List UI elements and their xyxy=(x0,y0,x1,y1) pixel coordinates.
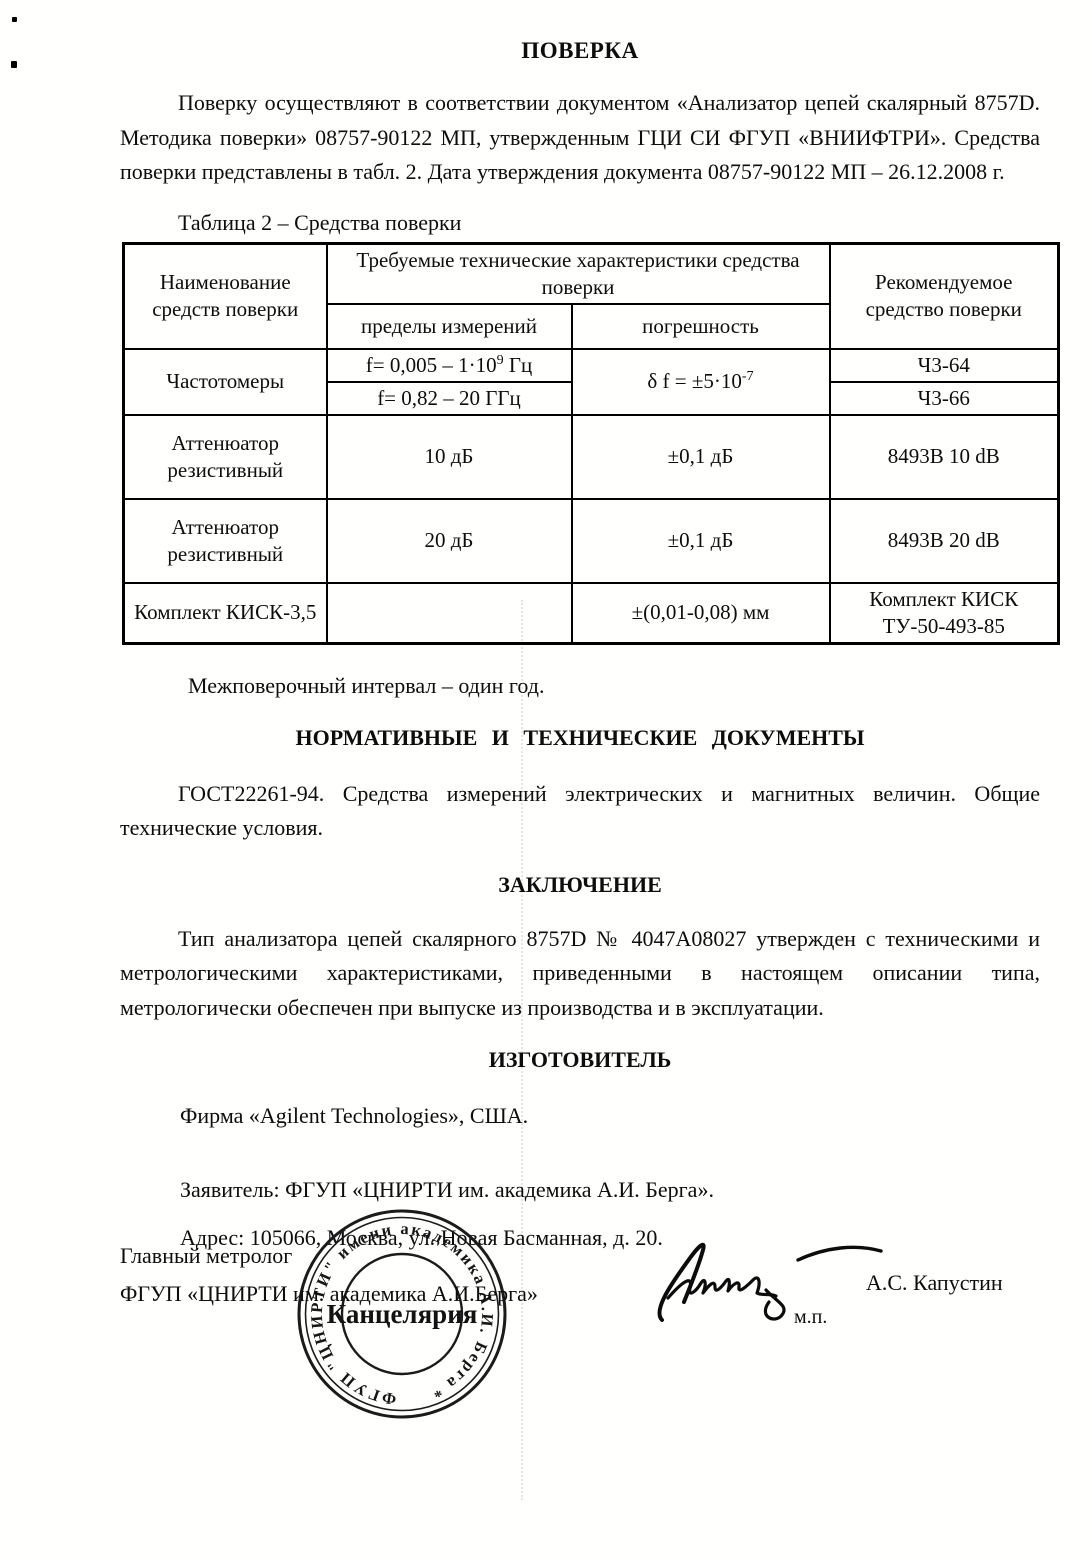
cell-freq-error: δ f = ±5·10-7 xyxy=(572,349,830,415)
interval-note: Межповерочный интервал – один год. xyxy=(188,673,1092,699)
document-page: ПОВЕРКА Поверку осуществляют в соответст… xyxy=(0,0,1092,1560)
section-title-conclusion: ЗАКЛЮЧЕНИЕ xyxy=(120,872,1040,898)
cell-freq-rec-2: Ч3-66 xyxy=(830,382,1059,415)
cell-kisk-error: ±(0,01-0,08) мм xyxy=(572,583,830,644)
freq-limit-1-text: f= 0,005 – 1·10 xyxy=(366,353,497,377)
verification-means-table: Наименование средств поверки Требуемые т… xyxy=(122,242,1060,645)
cell-kisk-limit xyxy=(327,583,572,644)
applicant-line: Заявитель: ФГУП «ЦНИРТИ им. академика А.… xyxy=(180,1177,1092,1203)
normative-paragraph: ГОСТ22261-94. Средства измерений электри… xyxy=(120,777,1040,846)
cell-att10-rec: 8493В 10 dB xyxy=(830,415,1059,499)
office-round-stamp-icon: ФГУП "ЦНИРТИ" имени академика А.И. Берга… xyxy=(296,1208,508,1420)
table-caption: Таблица 2 – Средства поверки xyxy=(178,210,1040,236)
col-header-required: Требуемые технические характеристики сре… xyxy=(327,243,830,304)
cell-kisk-name: Комплект КИСК-3,5 xyxy=(124,583,327,644)
cell-att10-error: ±0,1 дБ xyxy=(572,415,830,499)
scan-speck xyxy=(12,17,17,22)
section-title-manufacturer: ИЗГОТОВИТЕЛЬ xyxy=(120,1047,1040,1073)
freq-error-sup: -7 xyxy=(742,369,754,384)
cell-freq-limit-2: f= 0,82 – 20 ГГц xyxy=(327,382,572,415)
conclusion-paragraph: Тип анализатора цепей скалярного 8757D №… xyxy=(120,922,1040,1026)
freq-limit-1-sup: 9 xyxy=(497,353,504,368)
cell-kisk-rec: Комплект КИСК ТУ-50-493-85 xyxy=(830,583,1059,644)
scan-fold-line xyxy=(521,600,523,1500)
intro-paragraph: Поверку осуществляют в соответствии доку… xyxy=(120,86,1040,190)
col-header-limits: пределы измерений xyxy=(327,304,572,349)
col-header-recommended: Рекомендуемое средство поверки xyxy=(830,243,1059,349)
freq-error-text: δ f = ±5·10 xyxy=(647,369,742,393)
col-header-name: Наименование средств поверки xyxy=(124,243,327,349)
cell-att20-rec: 8493В 20 dB xyxy=(830,499,1059,583)
cell-freq-name: Частотомеры xyxy=(124,349,327,415)
scan-speck xyxy=(11,61,17,68)
cell-att20-name: Аттенюатор резистивный xyxy=(124,499,327,583)
section-title-normative: НОРМАТИВНЫЕ И ТЕХНИЧЕСКИЕ ДОКУМЕНТЫ xyxy=(120,725,1040,751)
signer-role-line-2: ФГУП «ЦНИРТИ им. академика А.И.Берга» xyxy=(120,1281,538,1307)
freq-limit-1-unit: Гц xyxy=(504,353,533,377)
document-body: ПОВЕРКА Поверку осуществляют в соответст… xyxy=(0,0,1092,1251)
cell-freq-rec-1: Ч3-64 xyxy=(830,349,1059,382)
manufacturer-firm-line: Фирма «Agilent Technologies», США. xyxy=(180,1103,1092,1129)
section-title-poverka: ПОВЕРКА xyxy=(120,38,1040,64)
cell-att10-limit: 10 дБ xyxy=(327,415,572,499)
signature-icon xyxy=(648,1236,898,1336)
cell-att20-limit: 20 дБ xyxy=(327,499,572,583)
cell-att20-error: ±0,1 дБ xyxy=(572,499,830,583)
col-header-error: погрешность xyxy=(572,304,830,349)
cell-att10-name: Аттенюатор резистивный xyxy=(124,415,327,499)
cell-freq-limit-1: f= 0,005 – 1·109 Гц xyxy=(327,349,572,382)
signer-role-line-1: Главный метролог xyxy=(120,1243,292,1269)
